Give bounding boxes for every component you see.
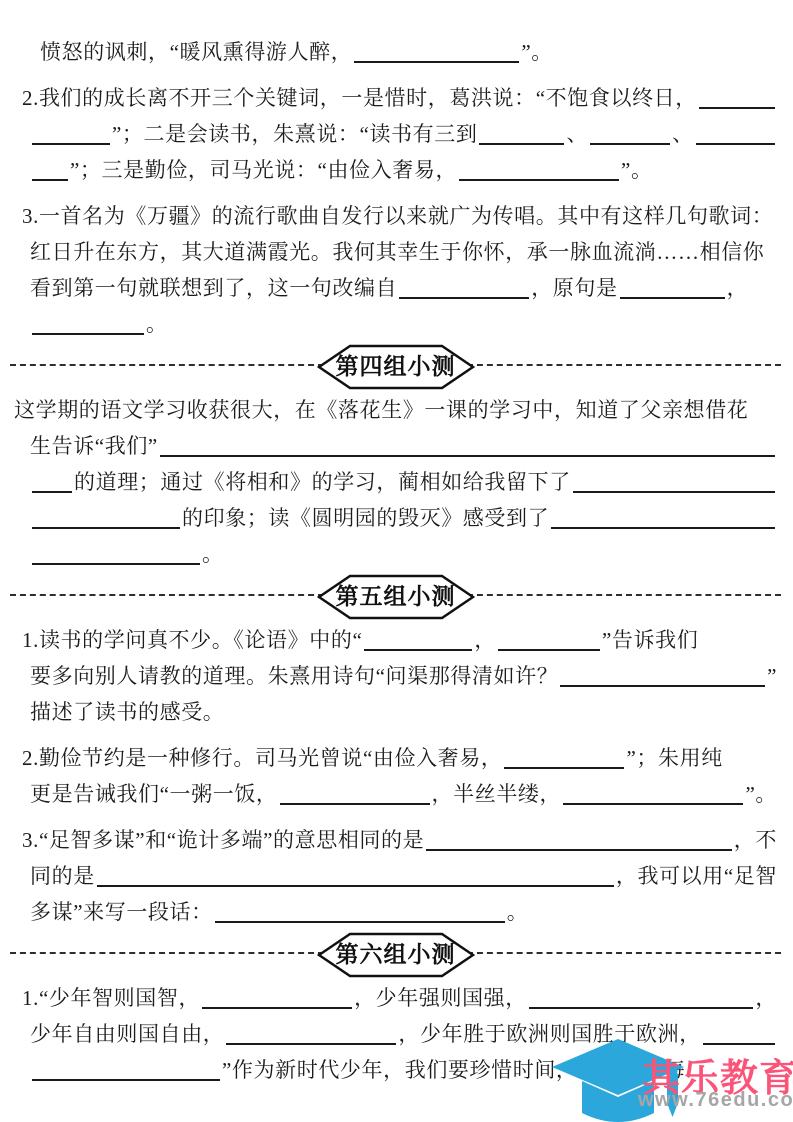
text-run: 的印象；读《圆明园的毁灭》感受到了 — [182, 500, 549, 536]
fill-in-blank — [590, 143, 670, 145]
fill-in-blank — [426, 849, 732, 851]
text-run: ”。 — [745, 776, 777, 812]
text-run: 少年自由则国自由， — [30, 1016, 224, 1052]
fill-in-blank — [32, 143, 110, 145]
fill-in-blank — [560, 685, 765, 687]
fill-in-blank — [364, 649, 472, 651]
text-run: 看到第一句就联想到了，这一句改编自 — [30, 270, 397, 306]
text-line: 愤怒的讽刺，“暖风熏得游人醉，”。 — [14, 34, 777, 70]
text-run: ，不 — [734, 822, 777, 858]
text-run: 2.勤俭节约是一种修行。司马光曾说“由俭入奢易， — [22, 740, 502, 776]
text-run: ， — [474, 622, 496, 658]
section-banner-label: 第六组小测 — [317, 932, 475, 978]
text-line: 要多向别人请教的道理。朱熹用诗句“问渠那得清如许？” — [14, 658, 777, 694]
fill-in-blank — [97, 885, 614, 887]
text-line: 的道理；通过《将相和》的学习，蔺相如给我留下了 — [14, 464, 777, 500]
text-run: ，少年强则国强， — [354, 980, 527, 1016]
text-run: ， — [755, 980, 777, 1016]
text-run: ”告诉我们 — [602, 622, 698, 658]
question-2: 2.我们的成长离不开三个关键词，一是惜时，葛洪说：“不饱食以终日，”；二是会读书… — [14, 80, 777, 188]
text-line: 这学期的语文学习收获很大，在《落花生》一课的学习中，知道了父亲想借花 — [14, 392, 777, 428]
text-line: 生告诉“我们” — [14, 428, 777, 464]
text-run: 更是告诫我们“一粥一饭， — [30, 776, 278, 812]
fill-in-blank — [459, 179, 619, 181]
fill-in-blank — [226, 1043, 396, 1045]
text-line: 1.“少年智则国智，，少年强则国强，， — [14, 980, 777, 1016]
fill-in-blank — [32, 179, 68, 181]
text-line: 更是告诫我们“一粥一饭，，半丝半缕，”。 — [14, 776, 777, 812]
section-5-question-3: 3.“足智多谋”和“诡计多端”的意思相同的是，不同的是，我可以用“足智多谋”来写… — [14, 822, 777, 930]
section-4-passage: 这学期的语文学习收获很大，在《落花生》一课的学习中，知道了父亲想借花生告诉“我们… — [14, 392, 777, 572]
text-run: ，原句是 — [531, 270, 617, 306]
text-line: 3.一首名为《万疆》的流行歌曲自发行以来就广为传唱。其中有这样几句歌词： — [14, 198, 777, 234]
watermark: 其乐教育 www.76edu.com — [540, 1025, 793, 1122]
fill-in-blank — [479, 143, 564, 145]
text-run: 红日升在东方，其大道满霞光。我何其幸生于你怀，承一脉血流淌……相信你 — [30, 234, 764, 270]
fill-in-blank — [32, 333, 144, 335]
fill-in-blank — [280, 803, 430, 805]
text-run: ，半丝半缕， — [432, 776, 562, 812]
text-line: 描述了读书的感受。 — [14, 694, 777, 730]
fill-in-blank — [32, 563, 200, 565]
text-run: ”。 — [621, 152, 653, 188]
section-5-banner: 第五组小测 — [14, 574, 777, 620]
text-line: 3.“足智多谋”和“诡计多端”的意思相同的是，不 — [14, 822, 777, 858]
section-banner-label: 第四组小测 — [317, 344, 475, 390]
fill-in-blank — [529, 1007, 754, 1009]
text-run: ， — [727, 270, 749, 306]
text-run: 3.“足智多谋”和“诡计多端”的意思相同的是 — [22, 822, 424, 858]
text-line: 1.读书的学问真不少。《论语》中的“，”告诉我们 — [14, 622, 777, 658]
text-run: 1.“少年智则国智， — [22, 980, 200, 1016]
text-line: 红日升在东方，其大道满霞光。我何其幸生于你怀，承一脉血流淌……相信你 — [14, 234, 777, 270]
fill-in-blank — [32, 1079, 220, 1081]
section-banner-hexagon: 第四组小测 — [317, 344, 475, 390]
fill-in-blank — [620, 297, 725, 299]
text-run: 多谋”来写一段话： — [30, 894, 213, 930]
text-run: 生告诉“我们” — [30, 428, 158, 464]
text-run: ”；二是会读书，朱熹说：“读书有三到 — [112, 116, 477, 152]
text-line: 的印象；读《圆明园的毁灭》感受到了 — [14, 500, 777, 536]
text-run: ”。 — [521, 34, 553, 70]
text-run: 这学期的语文学习收获很大，在《落花生》一课的学习中，知道了父亲想借花 — [14, 392, 748, 428]
text-line: 。 — [14, 306, 777, 342]
fill-in-blank — [699, 107, 775, 109]
fill-in-blank — [563, 803, 743, 805]
text-run: 。 — [202, 536, 224, 572]
text-run: 1.读书的学问真不少。《论语》中的“ — [22, 622, 362, 658]
fill-in-blank — [573, 491, 775, 493]
text-run: 、 — [566, 116, 588, 152]
text-run: 同的是 — [30, 858, 95, 894]
section-5-question-2: 2.勤俭节约是一种修行。司马光曾说“由俭入奢易，”；朱用纯更是告诫我们“一粥一饭… — [14, 740, 777, 812]
question-3: 3.一首名为《万疆》的流行歌曲自发行以来就广为传唱。其中有这样几句歌词：红日升在… — [14, 198, 777, 342]
text-line: ”；三是勤俭，司马光说：“由俭入奢易，”。 — [14, 152, 777, 188]
fill-in-blank — [160, 455, 775, 457]
text-run: 描述了读书的感受。 — [30, 694, 224, 730]
section-banner-hexagon: 第五组小测 — [317, 574, 475, 620]
text-line: 2.我们的成长离不开三个关键词，一是惜时，葛洪说：“不饱食以终日， — [14, 80, 777, 116]
fill-in-blank — [215, 921, 505, 923]
question-1-continuation: 愤怒的讽刺，“暖风熏得游人醉，”。 — [14, 34, 777, 70]
text-line: ”；二是会读书，朱熹说：“读书有三到、、 — [14, 116, 777, 152]
text-run: 。 — [146, 306, 168, 342]
text-run: 3.一首名为《万疆》的流行歌曲自发行以来就广为传唱。其中有这样几句歌词： — [22, 198, 773, 234]
fill-in-blank — [32, 527, 180, 529]
section-5-question-1: 1.读书的学问真不少。《论语》中的“，”告诉我们要多向别人请教的道理。朱熹用诗句… — [14, 622, 777, 730]
fill-in-blank — [551, 527, 775, 529]
section-4-banner: 第四组小测 — [14, 344, 777, 390]
fill-in-blank — [354, 61, 519, 63]
text-run: 2.我们的成长离不开三个关键词，一是惜时，葛洪说：“不饱食以终日， — [22, 80, 697, 116]
text-line: 。 — [14, 536, 777, 572]
text-run: 的道理；通过《将相和》的学习，蔺相如给我留下了 — [74, 464, 571, 500]
worksheet-content: 愤怒的讽刺，“暖风熏得游人醉，”。2.我们的成长离不开三个关键词，一是惜时，葛洪… — [0, 0, 793, 1122]
fill-in-blank — [696, 143, 775, 145]
fill-in-blank — [504, 767, 624, 769]
fill-in-blank — [498, 649, 600, 651]
section-banner-hexagon: 第六组小测 — [317, 932, 475, 978]
text-run: ”；三是勤俭，司马光说：“由俭入奢易， — [70, 152, 457, 188]
fill-in-blank — [202, 1007, 352, 1009]
text-line: 同的是，我可以用“足智 — [14, 858, 777, 894]
section-6-banner: 第六组小测 — [14, 932, 777, 978]
watermark-url: www.76edu.com — [638, 1089, 793, 1112]
text-run: 要多向别人请教的道理。朱熹用诗句“问渠那得清如许？ — [30, 658, 558, 694]
text-run: 。 — [507, 894, 529, 930]
section-banner-label: 第五组小测 — [317, 574, 475, 620]
text-run: ”；朱用纯 — [626, 740, 722, 776]
text-run: 、 — [672, 116, 694, 152]
text-line: 2.勤俭节约是一种修行。司马光曾说“由俭入奢易，”；朱用纯 — [14, 740, 777, 776]
text-run: ，我可以用“足智 — [616, 858, 777, 894]
worksheet-page: 愤怒的讽刺，“暖风熏得游人醉，”。2.我们的成长离不开三个关键词，一是惜时，葛洪… — [0, 0, 793, 1122]
fill-in-blank — [399, 297, 529, 299]
text-run: 愤怒的讽刺，“暖风熏得游人醉， — [40, 34, 352, 70]
fill-in-blank — [32, 491, 72, 493]
text-run: ” — [767, 658, 777, 694]
text-line: 看到第一句就联想到了，这一句改编自，原句是， — [14, 270, 777, 306]
text-line: 多谋”来写一段话：。 — [14, 894, 777, 930]
